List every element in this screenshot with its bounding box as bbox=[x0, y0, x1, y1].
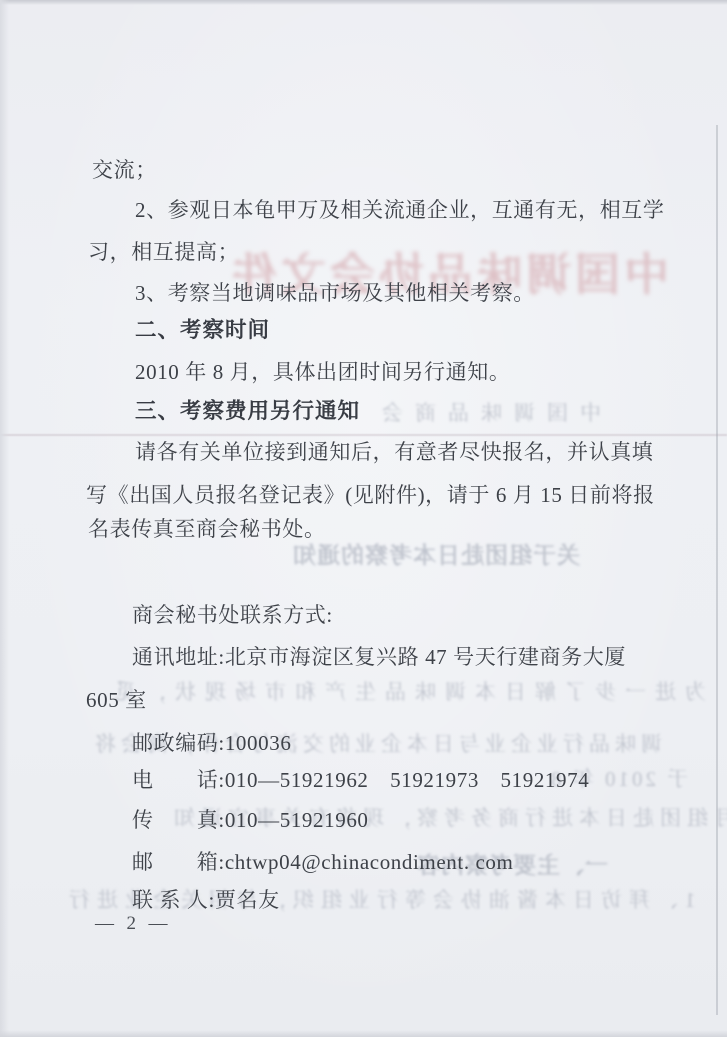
bleed-through-body-line: 为进一步了解日本调味品生产和市场现状，觅 bbox=[106, 676, 706, 706]
contact-postal-code: 邮政编码:100036 bbox=[132, 731, 291, 756]
bleed-through-notice-title: 关于组团赴日本考察的通知 bbox=[292, 537, 580, 570]
body-line-continuation: 名表传真至商会秘书处。 bbox=[88, 517, 326, 542]
scan-fold-line bbox=[716, 125, 718, 1015]
body-paragraph-time: 2010 年 8 月，具体出团时间另行通知。 bbox=[135, 360, 510, 385]
body-paragraph-signup: 请各有关单位接到通知后，有意者尽快报名，并认真填 bbox=[135, 440, 653, 465]
section-heading-2: 二、考察时间 bbox=[135, 318, 270, 343]
bleed-through-gray-header: 中国调味品商会 bbox=[370, 397, 601, 427]
body-list-item-3: 3、考察当地调味品市场及其他相关考察。 bbox=[135, 281, 535, 306]
bleed-through-rule-line bbox=[0, 434, 727, 436]
section-heading-3: 三、考察费用另行通知 bbox=[135, 399, 360, 424]
scan-edge-left bbox=[0, 0, 9, 1037]
contact-phone: 电 话:010—51921962 51921973 51921974 bbox=[132, 768, 589, 793]
scan-edge-bottom bbox=[0, 1030, 727, 1037]
page-number: — 2 — bbox=[95, 911, 169, 936]
contact-fax: 传 真:010—51921960 bbox=[132, 808, 369, 833]
contact-intro: 商会秘书处联系方式: bbox=[132, 603, 333, 628]
contact-person: 联 系 人:贾名友 bbox=[132, 888, 280, 913]
body-line-continuation: 写《出国人员报名登记表》(见附件)，请于 6 月 15 日前将报 bbox=[86, 483, 655, 508]
scan-edge-top bbox=[0, 0, 727, 5]
scanned-document-page: 中国调味品协会文件 中国调味品商会 关于组团赴日本考察的通知 为进一步了解日本调… bbox=[0, 0, 727, 1037]
contact-email: 邮 箱:chtwp04@chinacondiment. com bbox=[132, 850, 513, 875]
body-line-continuation: 习，相互提高； bbox=[88, 240, 239, 265]
contact-address: 通讯地址:北京市海淀区复兴路 47 号天行建商务大厦 bbox=[132, 645, 626, 670]
body-list-item-2: 2、参观日本龟甲万及相关流通企业，互通有无，相互学 bbox=[135, 198, 665, 223]
contact-address-room: 605 室 bbox=[86, 688, 147, 713]
body-line-continuation: 交流； bbox=[92, 158, 157, 183]
